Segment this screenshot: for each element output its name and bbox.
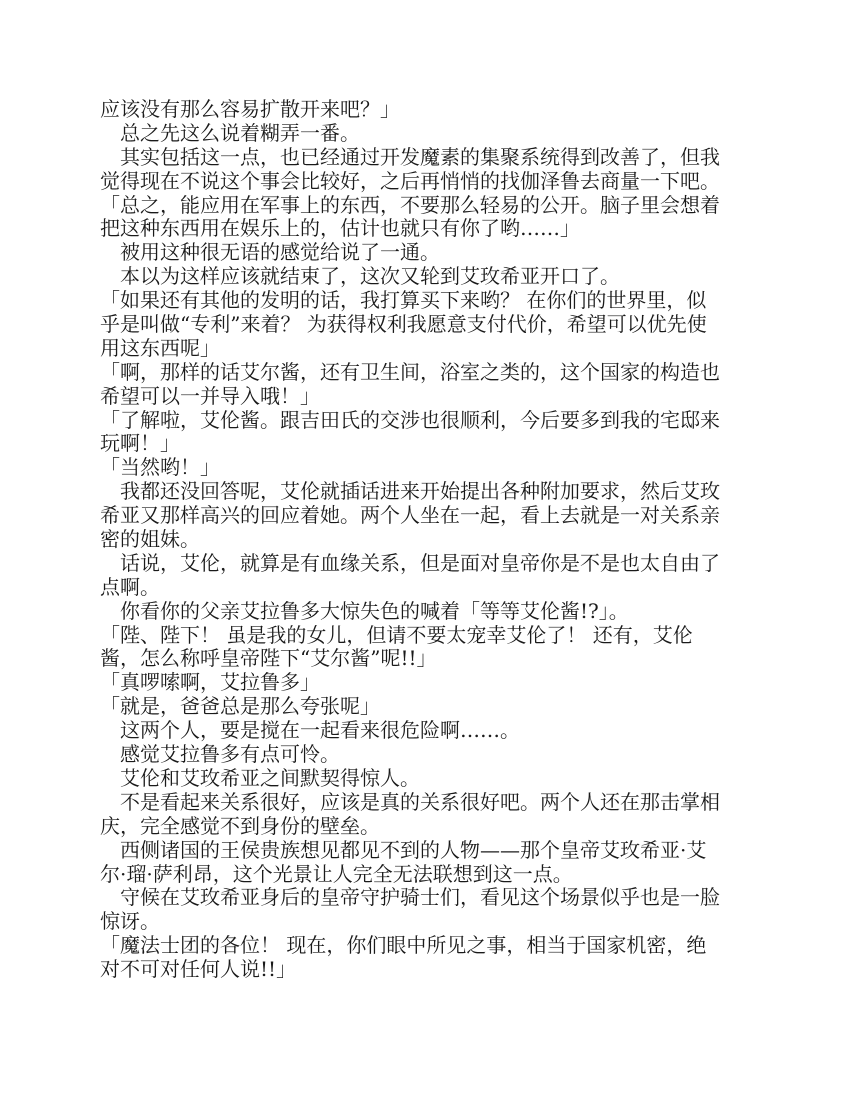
text-line: 「啊，那样的话艾尔酱，还有卫生间，浴室之类的，这个国家的构造也 [100,361,750,385]
text-line: 本以为这样应该就结束了，这次又轮到艾玫希亚开口了。 [100,265,750,289]
text-line: 不是看起来关系很好，应该是真的关系很好吧。两个人还在那击掌相 [100,791,750,815]
text-line: 希亚又那样高兴的回应着她。两个人坐在一起，看上去就是一对关系亲 [100,504,750,528]
text-line: 西侧诸国的王侯贵族想见都见不到的人物——那个皇帝艾玫希亚·艾 [100,839,750,863]
text-line: 其实包括这一点，也已经通过开发魔素的集聚系统得到改善了，但我 [100,146,750,170]
text-line: 密的姐妹。 [100,528,750,552]
text-line: 庆，完全感觉不到身份的壁垒。 [100,815,750,839]
text-line: 被用这种很无语的感觉给说了一通。 [100,241,750,265]
text-line: 应该没有那么容易扩散开来吧？」 [100,98,750,122]
text-line: 「陛、陛下！ 虽是我的女儿，但请不要太宠幸艾伦了！ 还有，艾伦 [100,624,750,648]
text-line: 守候在艾玫希亚身后的皇帝守护骑士们，看见这个场景似乎也是一脸 [100,886,750,910]
text-line: 话说，艾伦，就算是有血缘关系，但是面对皇帝你是不是也太自由了 [100,552,750,576]
text-line: 玩啊！」 [100,432,750,456]
text-line: 「当然哟！」 [100,456,750,480]
text-line: 希望可以一并导入哦！」 [100,385,750,409]
text-line: 点啊。 [100,576,750,600]
text-line: 你看你的父亲艾拉鲁多大惊失色的喊着「等等艾伦酱!?」。 [100,600,750,624]
text-line: 艾伦和艾玫希亚之间默契得惊人。 [100,767,750,791]
text-line: 「就是，爸爸总是那么夸张呢」 [100,695,750,719]
text-line: 这两个人，要是搅在一起看来很危险啊……。 [100,719,750,743]
text-line: 总之先这么说着糊弄一番。 [100,122,750,146]
body-text: 应该没有那么容易扩散开来吧？」 总之先这么说着糊弄一番。 其实包括这一点，也已经… [100,98,750,982]
text-line: 「总之，能应用在军事上的东西，不要那么轻易的公开。脑子里会想着 [100,194,750,218]
text-line: 惊讶。 [100,910,750,934]
text-line: 对不可对任何人说!!」 [100,958,750,982]
text-line: 「如果还有其他的发明的话，我打算买下来哟？ 在你们的世界里，似 [100,289,750,313]
text-line: 感觉艾拉鲁多有点可怜。 [100,743,750,767]
text-line: 尔·瑠·萨利昂，这个光景让人完全无法联想到这一点。 [100,863,750,887]
document-page: 应该没有那么容易扩散开来吧？」 总之先这么说着糊弄一番。 其实包括这一点，也已经… [0,0,850,1100]
text-line: 酱，怎么称呼皇帝陛下“艾尔酱”呢!!」 [100,647,750,671]
text-line: 「了解啦，艾伦酱。跟吉田氏的交涉也很顺利，今后要多到我的宅邸来 [100,409,750,433]
text-line: 我都还没回答呢，艾伦就插话进来开始提出各种附加要求，然后艾玫 [100,480,750,504]
text-line: 觉得现在不说这个事会比较好，之后再悄悄的找伽泽鲁去商量一下吧。 [100,170,750,194]
text-line: 把这种东西用在娱乐上的，估计也就只有你了哟……」 [100,217,750,241]
text-line: 「魔法士团的各位！ 现在，你们眼中所见之事，相当于国家机密，绝 [100,934,750,958]
text-line: 用这东西呢」 [100,337,750,361]
text-line: 「真啰嗦啊，艾拉鲁多」 [100,671,750,695]
text-line: 乎是叫做“专利”来着？ 为获得权利我愿意支付代价，希望可以优先使 [100,313,750,337]
